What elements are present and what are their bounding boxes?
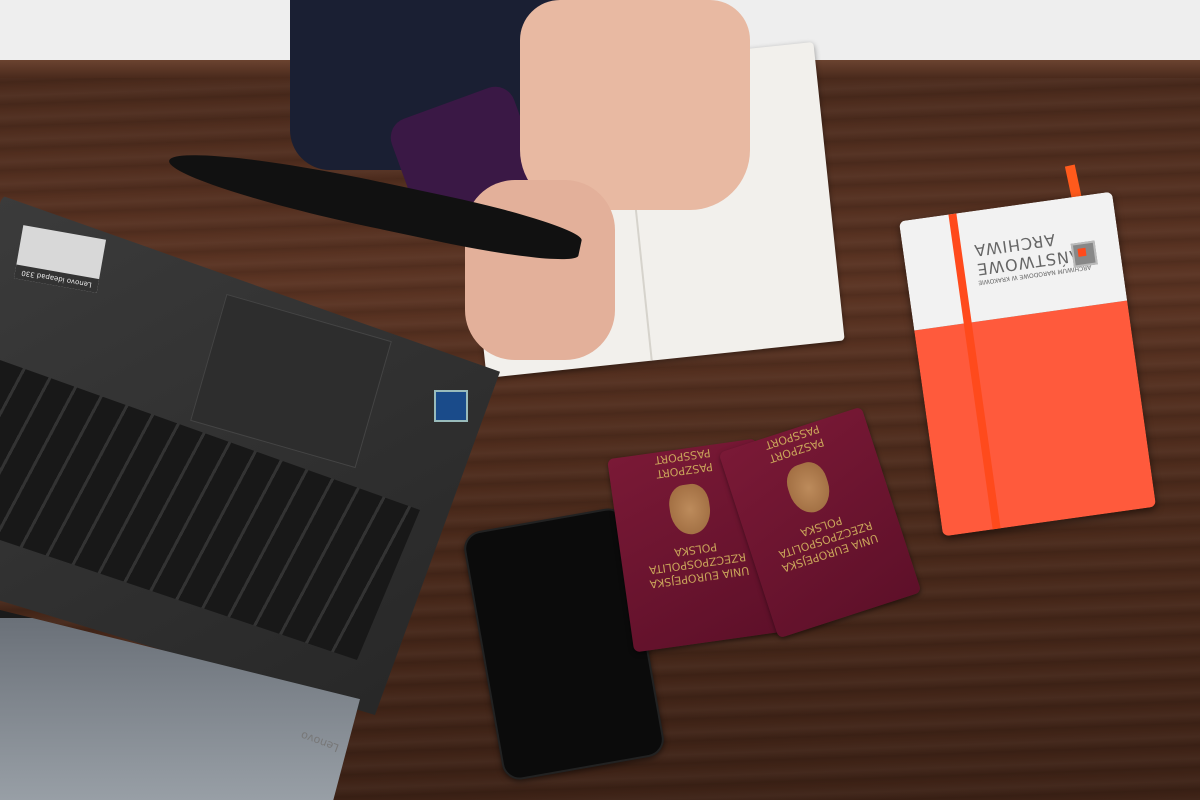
sticker-brand: Lenovo bbox=[66, 277, 92, 289]
eagle-emblem-icon bbox=[782, 458, 835, 518]
archive-notebook[interactable]: ARCHIWUM NARODOWE W KRAKOWIE PAŃSTWOWE A… bbox=[899, 192, 1156, 537]
eagle-emblem-icon bbox=[667, 482, 714, 537]
cpu-sticker bbox=[434, 390, 468, 422]
left-hand bbox=[520, 0, 750, 210]
archive-logo-icon bbox=[1071, 240, 1098, 267]
